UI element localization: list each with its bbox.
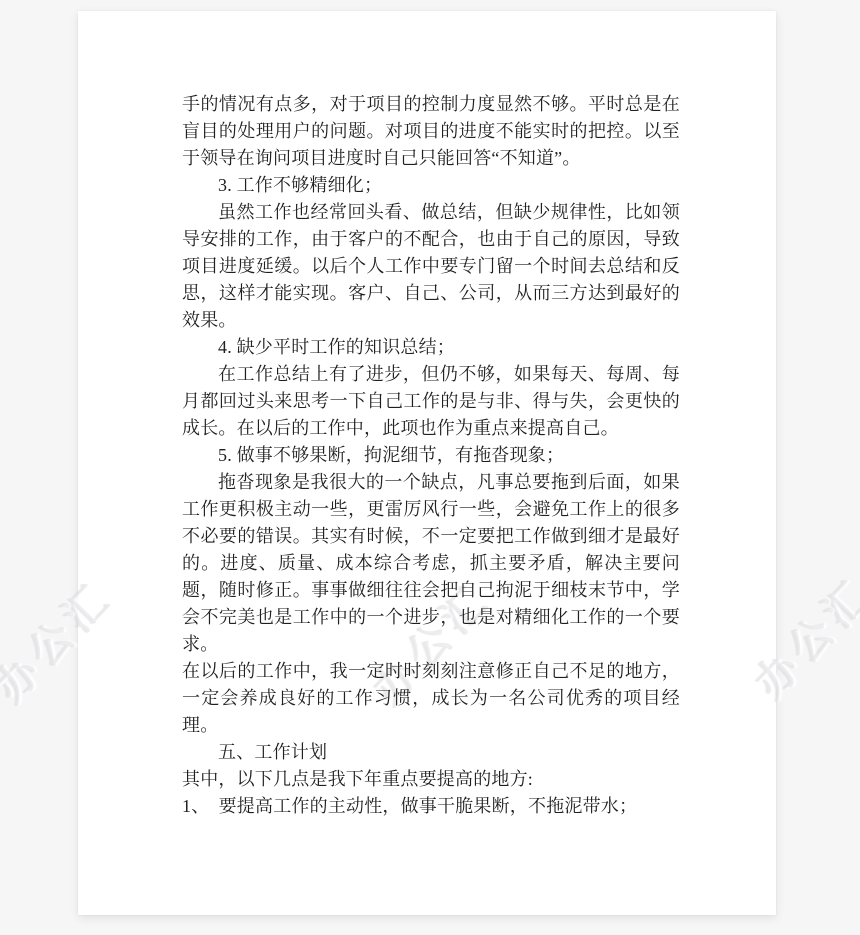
text-line: 的。进度、质量、成本综合考虑，抓主要矛盾，解决主要问 — [182, 550, 680, 577]
text-line: 在以后的工作中，我一定时时刻刻注意修正自己不足的地方， — [182, 658, 680, 685]
text-line: 五、工作计划 — [182, 739, 680, 766]
text-line: 求。 — [182, 631, 680, 658]
text-line: 其中，以下几点是我下年重点要提高的地方: — [182, 766, 680, 793]
text-line: 成长。在以后的工作中，此项也作为重点来提高自己。 — [182, 415, 680, 442]
text-line: 导安排的工作，由于客户的不配合，也由于自己的原因，导致 — [182, 226, 680, 253]
text-line: 题，随时修正。事事做细往往会把自己拘泥于细枝末节中，学 — [182, 577, 680, 604]
page: 手的情况有点多，对于项目的控制力度显然不够。平时总是在盲目的处理用户的问题。对项… — [78, 11, 776, 915]
text-line: 工作更积极主动一些，更雷厉风行一些，会避免工作上的很多 — [182, 496, 680, 523]
text-line: 思，这样才能实现。客户、自己、公司，从而三方达到最好的 — [182, 280, 680, 307]
text-line: 拖沓现象是我很大的一个缺点，凡事总要拖到后面，如果 — [182, 469, 680, 496]
text-line: 不必要的错误。其实有时候，不一定要把工作做到细才是最好 — [182, 523, 680, 550]
text-line: 手的情况有点多，对于项目的控制力度显然不够。平时总是在 — [182, 91, 680, 118]
text-line: 盲目的处理用户的问题。对项目的进度不能实时的把控。以至 — [182, 118, 680, 145]
text-line: 3. 工作不够精细化； — [182, 172, 680, 199]
text-line: 理。 — [182, 712, 680, 739]
text-line: 项目进度延缓。以后个人工作中要专门留一个时间去总结和反 — [182, 253, 680, 280]
text-line: 5. 做事不够果断，拘泥细节，有拖沓现象； — [182, 442, 680, 469]
screenshot-root: { "canvas": { "background": "#f6f6f7", "… — [0, 0, 860, 935]
text-line: 4. 缺少平时工作的知识总结； — [182, 334, 680, 361]
text-line: 效果。 — [182, 307, 680, 334]
text-line: 1、 要提高工作的主动性，做事干脆果断，不拖泥带水； — [182, 793, 680, 820]
text-line: 一定会养成良好的工作习惯，成长为一名公司优秀的项目经 — [182, 685, 680, 712]
text-line: 在工作总结上有了进步，但仍不够，如果每天、每周、每 — [182, 361, 680, 388]
document-viewer: 手的情况有点多，对于项目的控制力度显然不够。平时总是在盲目的处理用户的问题。对项… — [0, 0, 860, 935]
text-line: 于领导在询问项目进度时自己只能回答“不知道”。 — [182, 145, 680, 172]
text-line: 月都回过头来思考一下自己工作的是与非、得与失，会更快的 — [182, 388, 680, 415]
document-body: 手的情况有点多，对于项目的控制力度显然不够。平时总是在盲目的处理用户的问题。对项… — [78, 11, 776, 820]
text-line: 虽然工作也经常回头看、做总结，但缺少规律性，比如领 — [182, 199, 680, 226]
text-line: 会不完美也是工作中的一个进步，也是对精细化工作的一个要 — [182, 604, 680, 631]
